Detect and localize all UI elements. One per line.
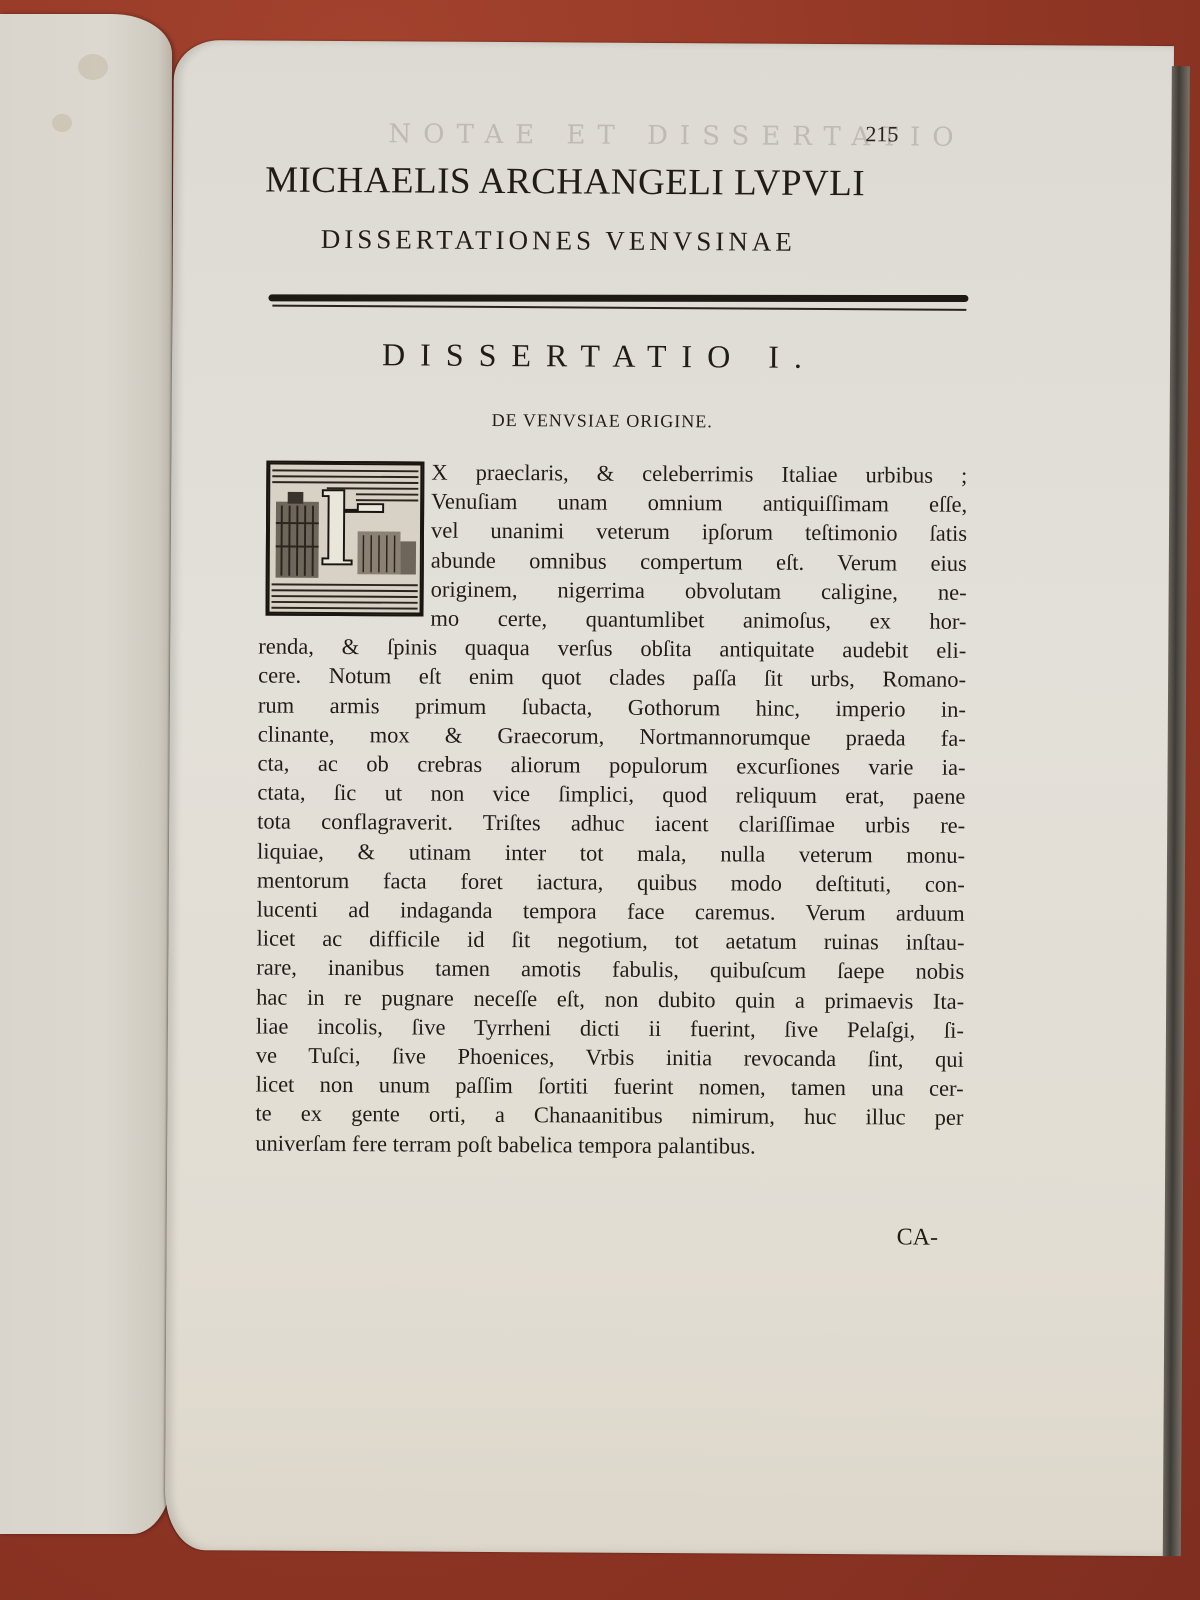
text-line: mo certe, quantumlibet animoſus, ex hor- — [258, 603, 966, 637]
text-line: rum armis primum ſubacta, Gothorum hinc,… — [258, 690, 966, 724]
text-line: licet ac difficile id ſit negotium, tot … — [256, 924, 964, 958]
text-line: Venuſiam unam omnium antiquiſſimam eſſe, — [259, 486, 967, 520]
paper-stain — [52, 114, 72, 132]
text-line: abunde omnibus compertum eſt. Verum eius — [259, 544, 967, 578]
paper-stain — [78, 54, 108, 80]
text-line: licet non unum paſſim ſortiti fuerint no… — [256, 1070, 964, 1104]
text-line: ctata, ſic ut non vice ſimplici, quod re… — [257, 778, 965, 812]
text-line: univerſam fere terram poſt babelica temp… — [255, 1128, 963, 1162]
text-line: liquiae, & utinam inter tot mala, nulla … — [257, 836, 965, 870]
text-line: ve Tuſci, ſive Phoenices, Vrbis initia r… — [256, 1041, 964, 1075]
subtitle: DISSERTATIONES VENVSINAE — [321, 224, 921, 259]
text-line: cere. Notum eſt enim quot clades paſſa ſ… — [258, 661, 966, 695]
body-text: X praeclaris, & celeberrimis Italiae urb… — [255, 457, 967, 1162]
running-title: MICHAELIS ARCHANGELI LVPVLI — [265, 159, 985, 206]
dissertation-title: DISSERTATIO I. — [382, 336, 862, 376]
text-line: mentorum facta foret iactura, quibus mod… — [257, 865, 965, 899]
text-line: cta, ac ob crebras aliorum populorum exc… — [257, 749, 965, 783]
page-number: 215 — [865, 121, 898, 147]
catchword: CA- — [897, 1224, 939, 1251]
text-line: te ex gente orti, a Chanaanitibus nimiru… — [255, 1099, 963, 1133]
right-page: NOTAE ET DISSERTATIO 215 MICHAELIS ARCHA… — [165, 40, 1174, 1556]
text-line: originem, nigerrima obvolutam caligine, … — [259, 573, 967, 607]
text-line: hac in re pugnare neceſſe eſt, non dubit… — [256, 982, 964, 1016]
dissertation-subtitle: DE VENVSIAE ORIGINE. — [492, 410, 792, 433]
decorative-rule-thin — [272, 305, 966, 311]
text-line: vel unanimi veterum ipſorum teſtimonio ſ… — [259, 515, 967, 549]
text-line: X praeclaris, & celeberrimis Italiae urb… — [259, 457, 967, 491]
text-line: liae incolis, ſive Tyrrheni dicti ii fue… — [256, 1011, 964, 1045]
text-line: lucenti ad indaganda tempora face caremu… — [257, 895, 965, 929]
text-line: rare, inanibus tamen amotis fabulis, qui… — [256, 953, 964, 987]
text-line: clinante, mox & Graecorum, Nortmannorumq… — [258, 719, 966, 753]
left-page — [0, 14, 172, 1534]
text-line: renda, & ſpinis quaqua verſus obſita ant… — [258, 632, 966, 666]
text-line: tota conflagraverit. Triſtes adhuc iacen… — [257, 807, 965, 841]
decorative-rule-thick — [268, 294, 968, 302]
